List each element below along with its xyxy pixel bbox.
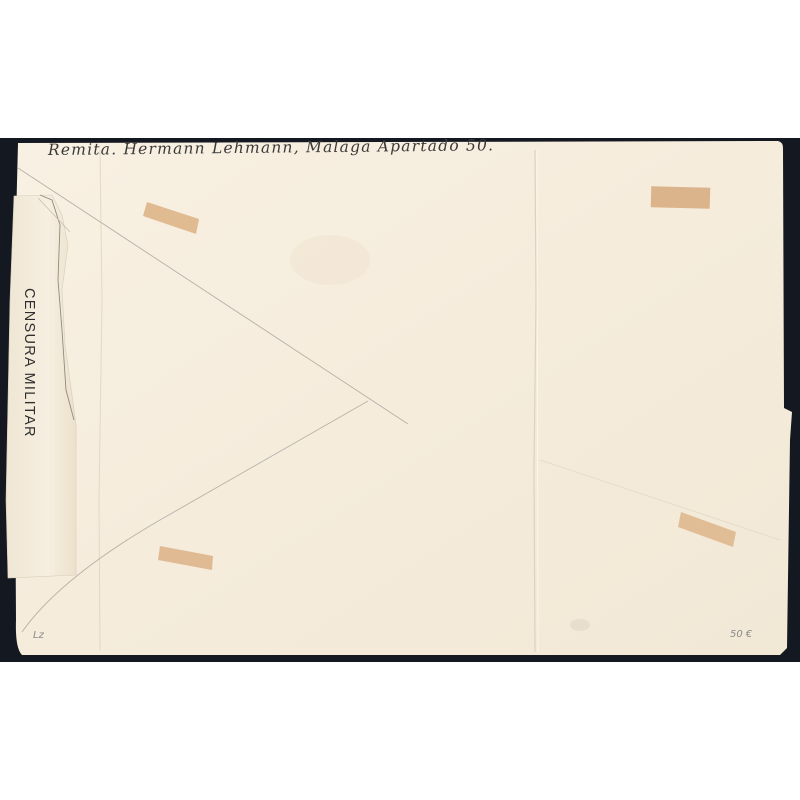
pencil-note-price: 50 € [730, 629, 752, 640]
censor-label: CENSURA MILITAR [21, 288, 37, 438]
tape-fragment-top-right [651, 186, 711, 209]
pencil-note-bottom-left: Lz [33, 630, 44, 641]
envelope-paper [14, 141, 792, 655]
envelope-drawing [0, 0, 800, 800]
envelope: Remita. Hermann Lehmann, Malaga Apartado… [0, 0, 800, 800]
